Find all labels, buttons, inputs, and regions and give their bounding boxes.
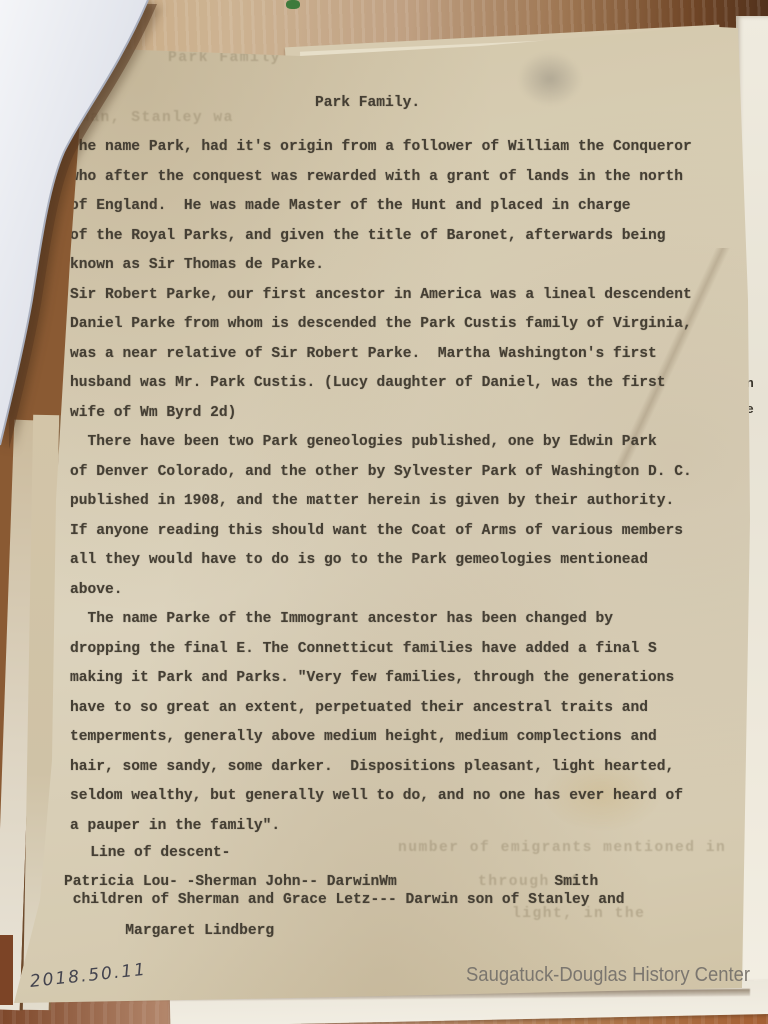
text-line: above. [70,576,692,606]
text-line: published in 1908, and the matter herein… [70,487,692,517]
accession-number: 2018.50.11 [29,960,148,992]
text-line: a pauper in the family". [70,812,692,842]
document-title: Park Family. [315,95,420,111]
wood-sliver-left [0,935,13,1005]
ghost-text-fragment: number of emigrants mentioned in [398,840,726,856]
text-line: hair, some sandy, some darker. Dispositi… [70,753,692,783]
descent-heading: Line of descent- [64,845,230,861]
watermark: Saugatuck-Douglas History Center [466,963,750,987]
text-line: If anyone reading this should want the C… [70,517,692,547]
descent-line: Patricia Lou- -Sherman John-- DarwinWm S… [64,874,598,890]
text-line: have to so great an extent, perpetuated … [70,694,692,724]
tape-stain [518,52,582,106]
descent-line: Margaret Lindberg [64,923,274,939]
ghost-text-fragment: light, in the [512,906,645,922]
curled-paper-corner [0,0,165,465]
text-line: seldom wealthy, but generally well to do… [70,782,692,812]
text-line: all they would have to do is go to the P… [70,546,692,576]
text-line: dropping the final E. The Connetticut fa… [70,635,692,665]
text-line: temperments, generally above medium heig… [70,723,692,753]
text-line: The name Parke of the Immogrant ancestor… [70,605,692,635]
green-paper-fragment [286,0,300,9]
text-line: making it Park and Parks. "Very few fami… [70,664,692,694]
descent-line: children of Sherman and Grace Letz--- Da… [64,892,625,908]
photo-canvas: n e Park Familyman, Stanley wanumber of … [0,0,768,1024]
